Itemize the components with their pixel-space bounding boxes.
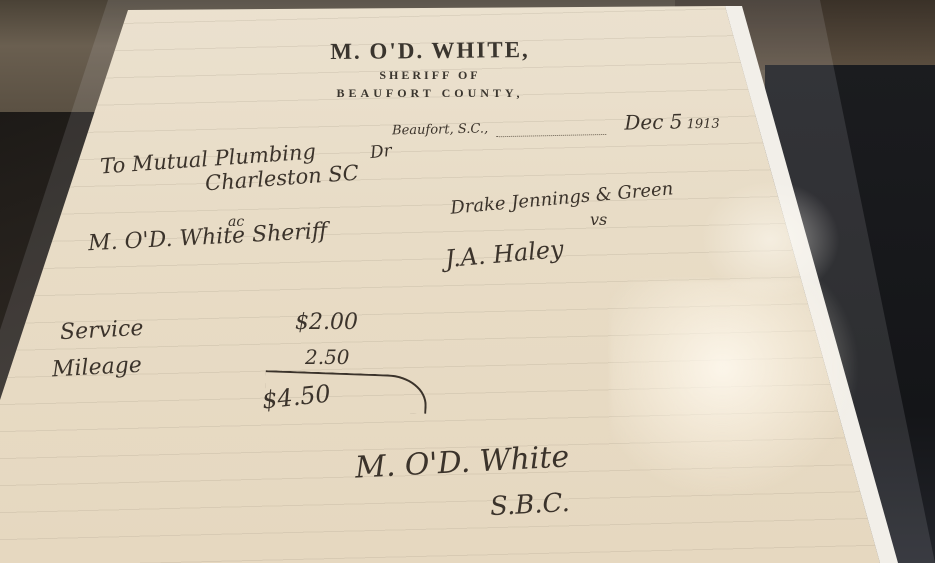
date: Dec 5 — [624, 109, 683, 134]
debtor-abbrev: Dr — [369, 141, 393, 163]
letterhead: M. O'D. WHITE, SHERIFF OF BEAUFORT COUNT… — [270, 38, 590, 101]
signature-initials: S.B.C. — [489, 488, 570, 522]
place: Beaufort, S.C., — [392, 121, 488, 138]
letterhead-name: M. O'D. WHITE, — [270, 36, 590, 65]
charge-label: Service — [59, 316, 144, 345]
case-vs: vs — [590, 210, 607, 229]
photo-scene: M. O'D. WHITE, SHERIFF OF BEAUFORT COUNT… — [0, 0, 935, 563]
light-glare — [610, 280, 860, 500]
charge-amount: 2.50 — [305, 345, 350, 369]
letterhead-county: BEAUFORT COUNTY, — [270, 86, 590, 101]
year: 1913 — [687, 117, 720, 133]
charge-label: Mileage — [51, 353, 142, 383]
light-glare — [700, 180, 840, 300]
letterhead-title: SHERIFF OF — [270, 68, 590, 83]
charge-amount: $2.00 — [295, 310, 358, 335]
